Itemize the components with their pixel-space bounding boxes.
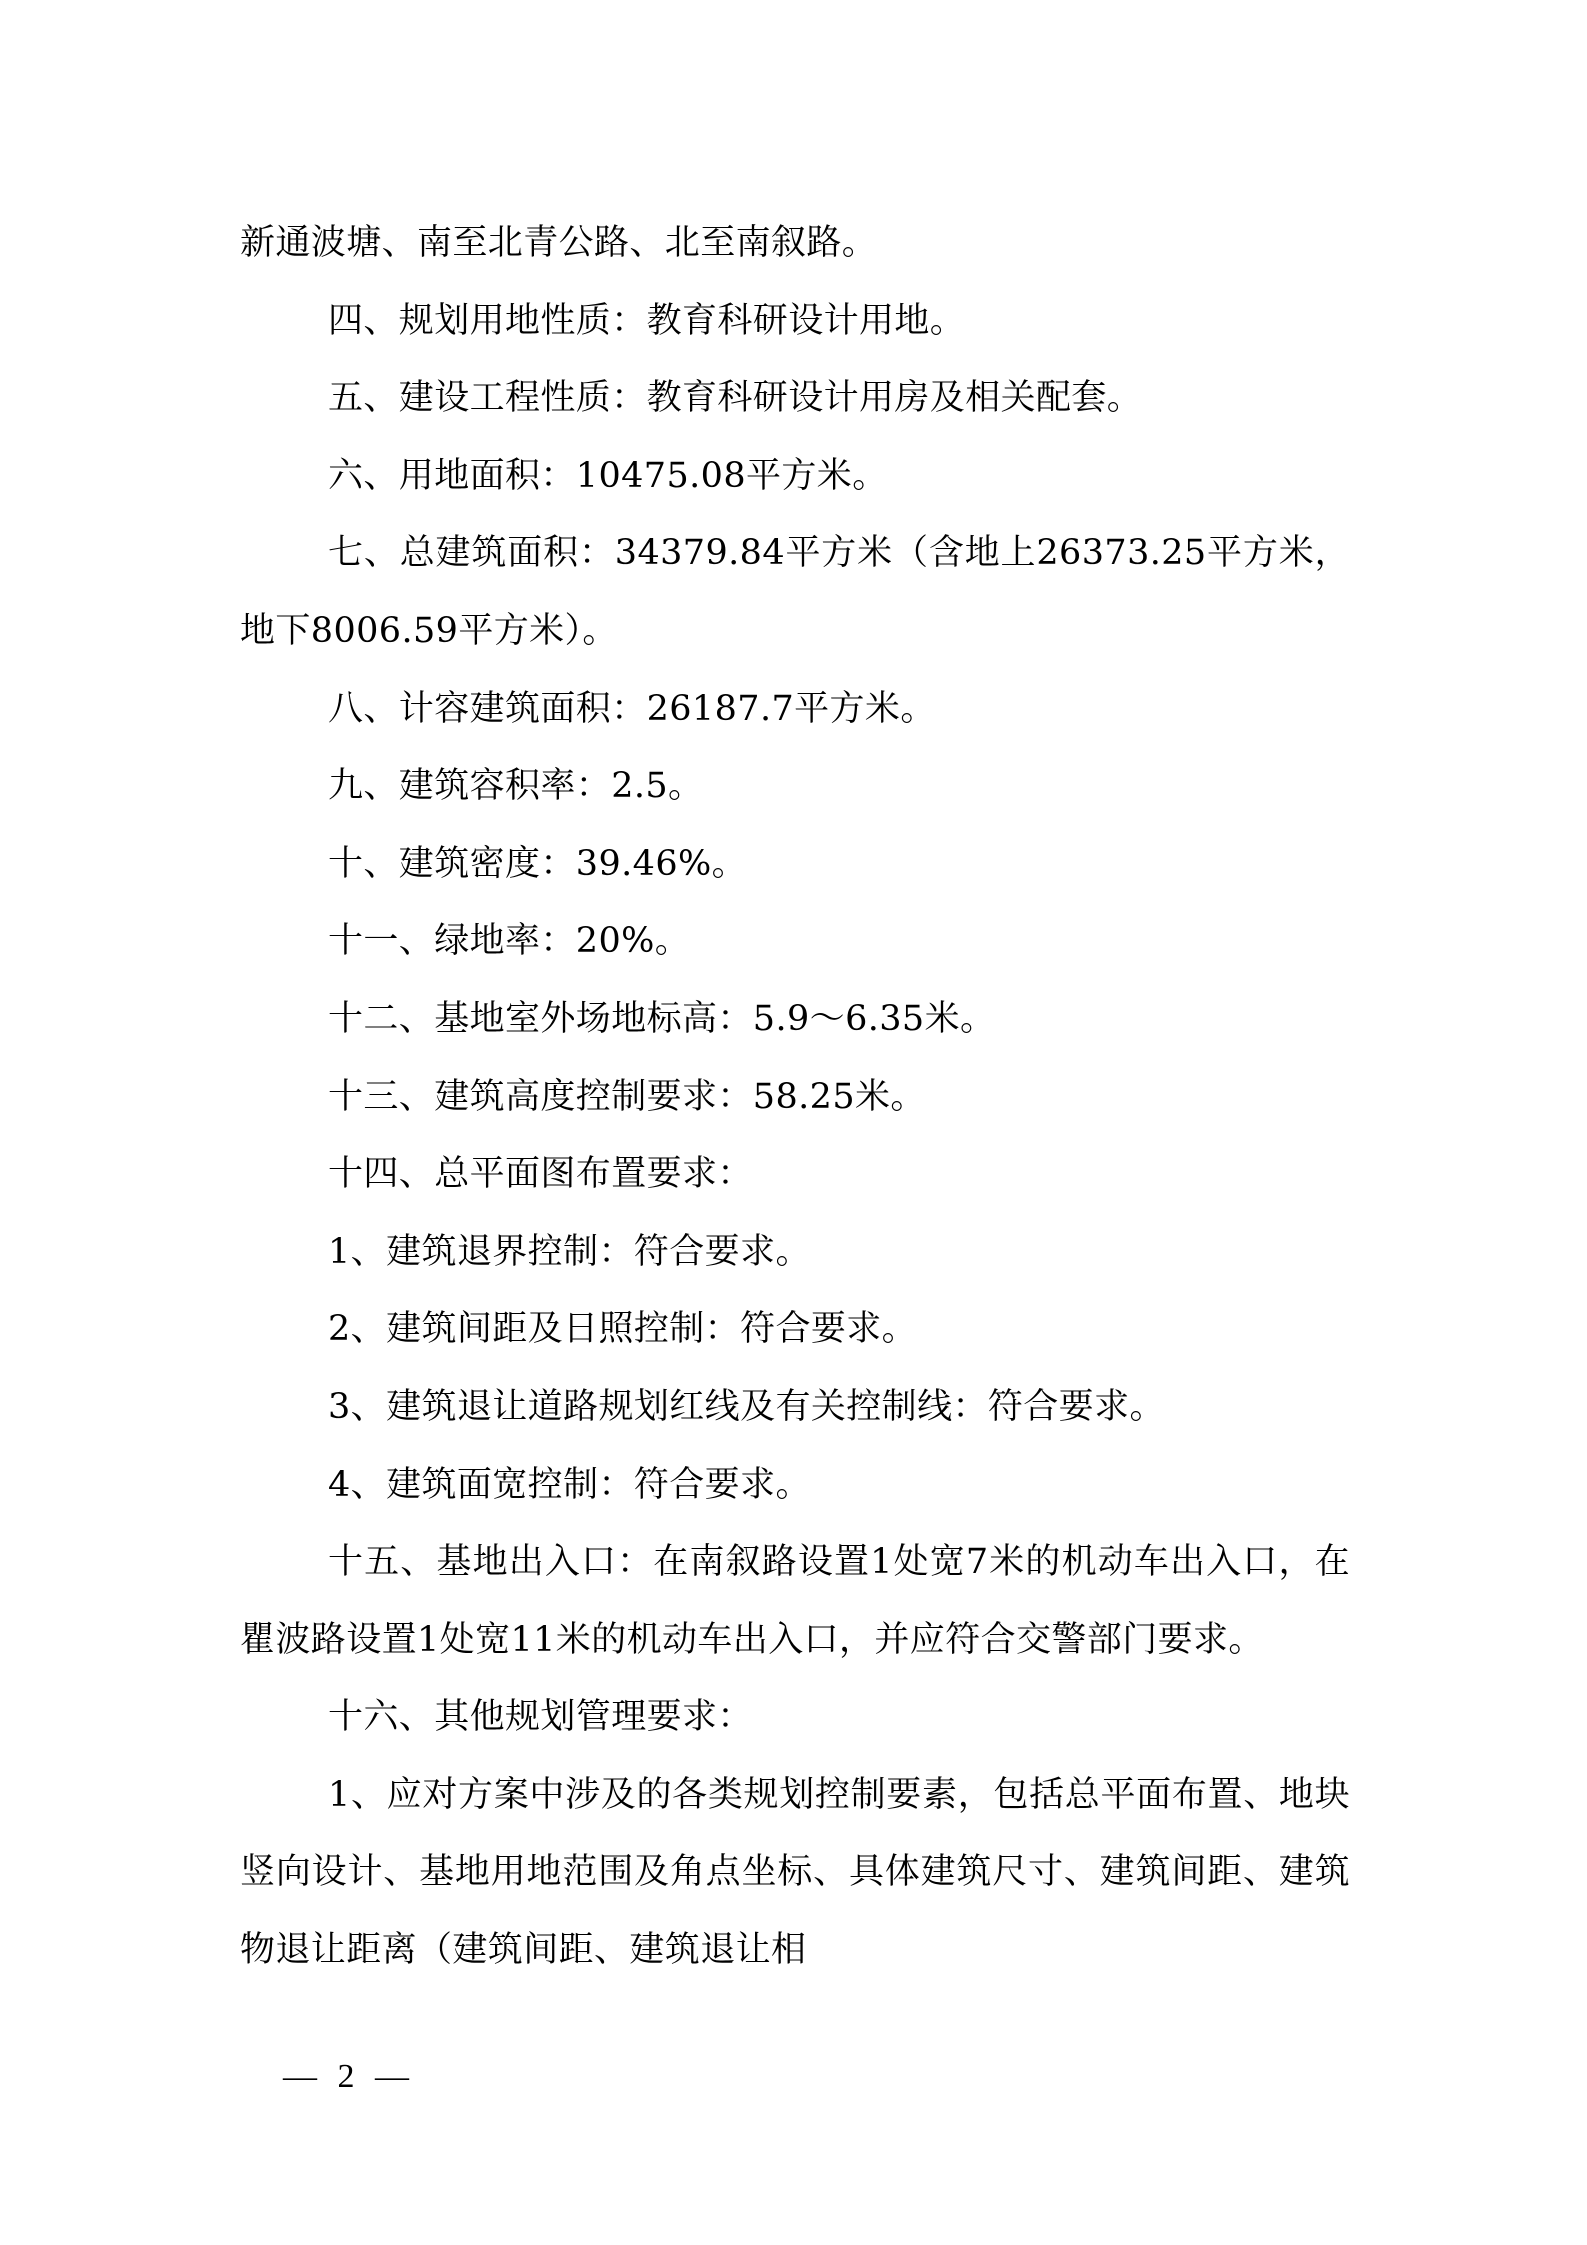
- paragraph-land-area: 六、用地面积：10475.08平方米。: [240, 438, 1350, 516]
- paragraph-site-elevation: 十二、基地室外场地标高：5.9～6.35米。: [240, 981, 1350, 1059]
- paragraph-other-requirements: 十六、其他规划管理要求：: [240, 1679, 1350, 1757]
- paragraph-site-plan-requirements: 十四、总平面图布置要求：: [240, 1136, 1350, 1214]
- paragraph-plot-ratio: 九、建筑容积率：2.5。: [240, 748, 1350, 826]
- paragraph-site-entrances: 十五、基地出入口：在南叙路设置1处宽7米的机动车出入口，在瞿波路设置1处宽11米…: [240, 1524, 1350, 1679]
- paragraph-counted-floor-area: 八、计容建筑面积：26187.7平方米。: [240, 671, 1350, 749]
- paragraph-facade-width: 4、建筑面宽控制：符合要求。: [240, 1447, 1350, 1525]
- document-body: 新通波塘、南至北青公路、北至南叙路。 四、规划用地性质：教育科研设计用地。 五、…: [240, 205, 1350, 1990]
- paragraph-total-floor-area: 七、总建筑面积：34379.84平方米（含地上26373.25平方米，地下800…: [240, 515, 1350, 670]
- paragraph-control-elements: 1、应对方案中涉及的各类规划控制要素，包括总平面布置、地块竖向设计、基地用地范围…: [240, 1757, 1350, 1990]
- paragraph-project-nature: 五、建设工程性质：教育科研设计用房及相关配套。: [240, 360, 1350, 438]
- page-number: — 2 —: [283, 2058, 415, 2096]
- paragraph-road-red-line: 3、建筑退让道路规划红线及有关控制线：符合要求。: [240, 1369, 1350, 1447]
- paragraph-height-control: 十三、建筑高度控制要求：58.25米。: [240, 1059, 1350, 1137]
- paragraph-setback-control: 1、建筑退界控制：符合要求。: [240, 1214, 1350, 1292]
- paragraph-green-ratio: 十一、绿地率：20%。: [240, 903, 1350, 981]
- paragraph-land-use-nature: 四、规划用地性质：教育科研设计用地。: [240, 283, 1350, 361]
- paragraph-boundary-continuation: 新通波塘、南至北青公路、北至南叙路。: [240, 205, 1350, 283]
- paragraph-spacing-sunlight: 2、建筑间距及日照控制：符合要求。: [240, 1291, 1350, 1369]
- paragraph-building-density: 十、建筑密度：39.46%。: [240, 826, 1350, 904]
